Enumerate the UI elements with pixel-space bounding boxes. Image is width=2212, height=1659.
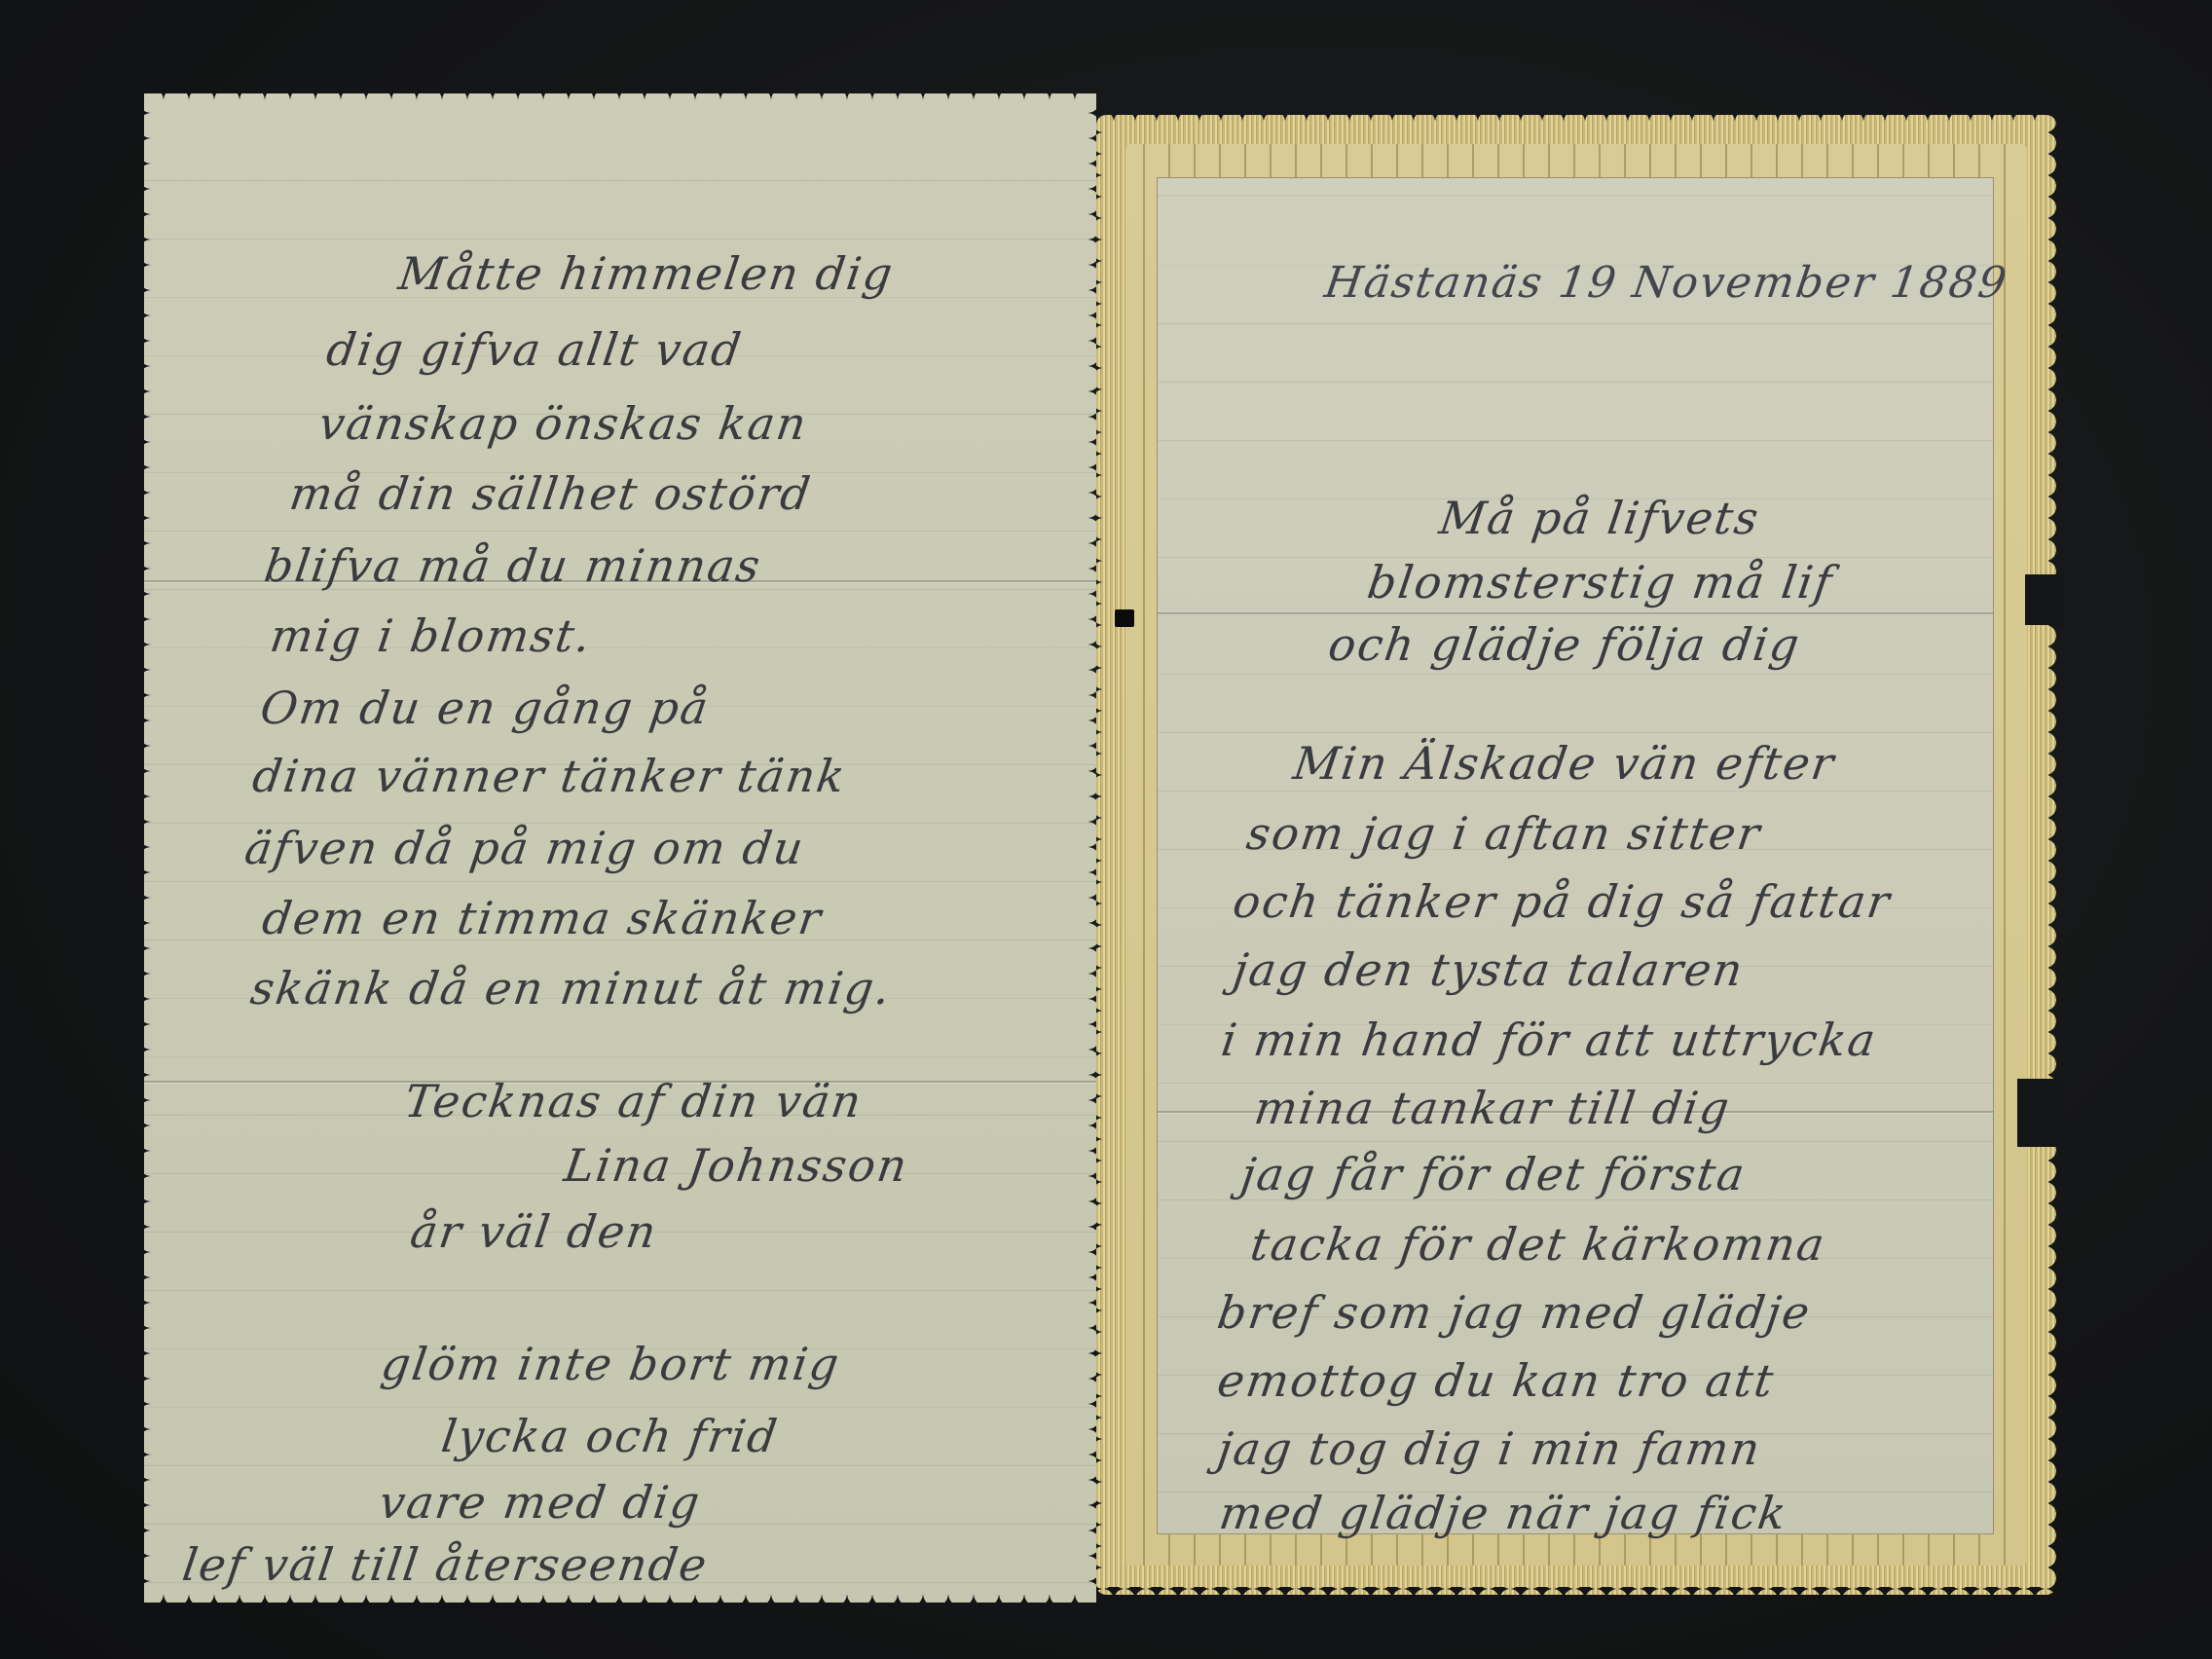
handwritten-line: tacka för det kärkomna [1247,1218,1829,1271]
right-letter-page-gold-border: Hästanäs 19 November 1889 Må på lifvets … [1096,115,2056,1595]
handwritten-line: skänk då en minut åt mig. [247,962,895,1014]
handwritten-line: vare med dig [376,1476,704,1529]
handwritten-line: Måtte himmelen dig [395,247,898,300]
handwritten-line: Om du en gång på [257,682,713,734]
handwritten-line: Min Älskade vän efter [1290,737,1838,790]
handwritten-line: vänskap önskas kan [315,397,811,450]
handwritten-line: må din sällhet ostörd [286,467,815,520]
handwritten-line: dig gifva allt vad [323,323,746,376]
handwritten-line: jag får för det första [1237,1148,1750,1200]
handwritten-line: lycka och frid [438,1410,782,1462]
handwritten-line: och glädje följa dig [1325,618,1804,671]
signature-closing: Tecknas af din vän [401,1075,866,1127]
handwritten-line: jag den tysta talaren [1230,943,1748,996]
handwritten-line: äfven då på mig om du [241,822,808,874]
handwritten-line: som jag i aftan sitter [1243,807,1764,860]
torn-edge-notch [2025,574,2064,625]
handwritten-line: med glädje när jag fick [1216,1487,1790,1539]
handwritten-line: och tänker på dig så fattar [1230,875,1895,928]
date-line: Hästanäs 19 November 1889 [1321,258,2010,308]
right-letter-paper: Hästanäs 19 November 1889 Må på lifvets … [1157,177,1994,1534]
handwritten-line: mig i blomst. [267,609,596,662]
handwritten-line: i min hand för att uttrycka [1218,1014,1880,1066]
handwritten-line: mina tankar till dig [1251,1082,1734,1134]
handwritten-line: emottog du kan tro att [1214,1354,1778,1407]
handwritten-line: blifva må du minnas [261,539,764,592]
left-letter-page: Måtte himmelen dig dig gifva allt vad vä… [144,93,1096,1603]
handwritten-line: Må på lifvets [1436,492,1763,544]
fold-crease [1158,612,1993,614]
handwritten-line: lef väl till återseende [179,1538,712,1591]
handwritten-line: bref som jag med glädje [1214,1286,1815,1339]
signature-name: Lina Johnsson [561,1139,911,1192]
handwritten-line: dem en timma skänker [259,892,826,944]
handwritten-line: dina vänner tänker tänk [249,750,850,802]
torn-edge-notch [2017,1079,2064,1147]
handwritten-line: blomsterstig må lif [1364,556,1836,608]
handwritten-line: glöm inte bort mig [378,1338,843,1390]
handwritten-line: år väl den [407,1205,661,1258]
paper-hole [1115,609,1134,627]
handwritten-line: jag tog dig i min famn [1214,1422,1764,1475]
photo-backdrop: Måtte himmelen dig dig gifva allt vad vä… [0,0,2212,1659]
